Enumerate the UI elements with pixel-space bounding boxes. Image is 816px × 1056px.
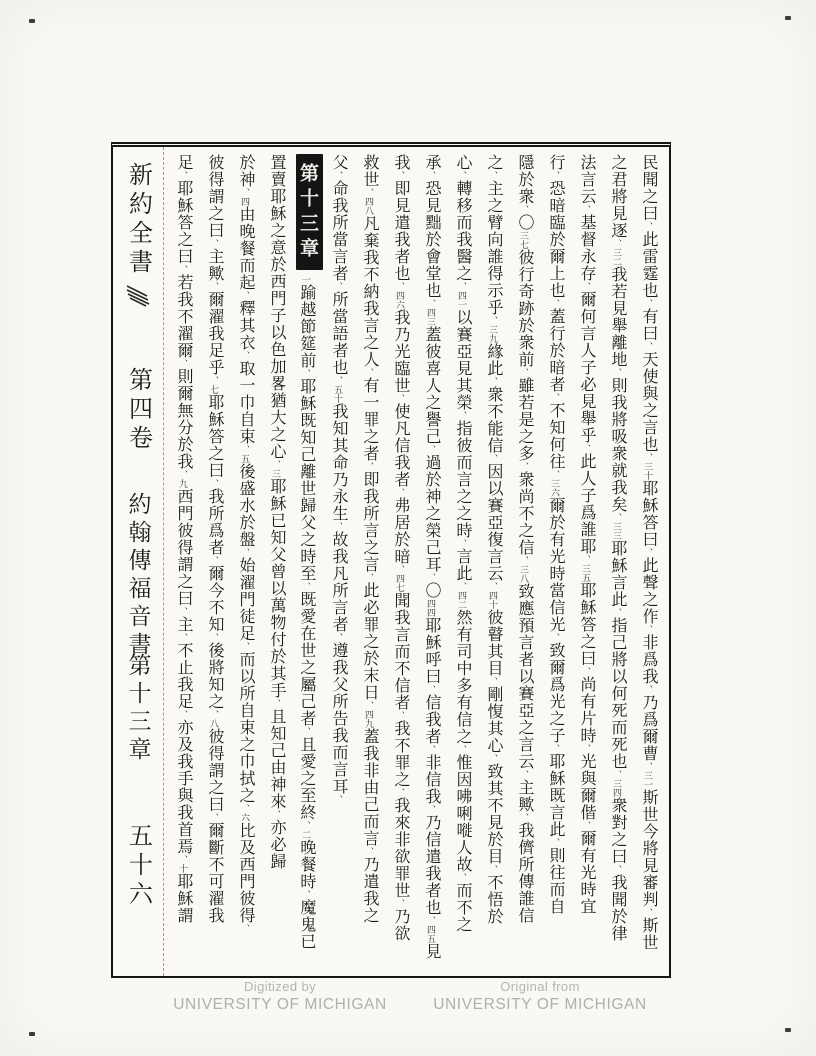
verse-number: 九 (178, 479, 188, 488)
punctuation-mark: 、 (178, 855, 188, 864)
text-column: 彼得謂之曰、主歟、爾濯我足乎、七耶穌答之曰、我所爲者、爾今不知、後將知之、八彼得… (199, 154, 230, 970)
punctuation-mark: 、 (488, 754, 498, 763)
punctuation-mark: 、 (240, 351, 250, 360)
digitized-by-watermark: Digitized by UNIVERSITY OF MICHIGAN (140, 979, 420, 1014)
punctuation-mark: 、 (240, 548, 250, 557)
punctuation-mark: 、 (209, 556, 219, 565)
punctuation-mark: 、 (488, 677, 498, 686)
punctuation-mark: 、 (209, 239, 219, 248)
verse-number: 四九 (364, 710, 374, 728)
punctuation-mark: 、 (333, 522, 343, 531)
page-number: 五十六 (121, 823, 156, 910)
punctuation-mark: 、 (488, 316, 498, 325)
punctuation-mark: 、 (426, 445, 436, 454)
verse-number: 三五 (581, 564, 591, 582)
punctuation-mark: 、 (364, 573, 374, 582)
punctuation-mark: 、 (364, 701, 374, 710)
text-column: 之、主之臂向誰得示乎、三九緣此、衆不能信、因以賽亞復言云、四十彼瞽其目、剛愎其心… (478, 154, 509, 970)
text-column: 行、恐暗臨於爾上也、蓋行於暗者、不知何往、三六爾於有光時當信光、致爾爲光之子、耶… (540, 154, 571, 970)
punctuation-mark: 、 (333, 376, 343, 385)
punctuation-mark: 、 (581, 444, 591, 453)
verse-number: 三 (271, 469, 281, 478)
scan-speck (29, 19, 35, 23)
punctuation-mark: 、 (333, 633, 343, 642)
punctuation-mark: 、 (643, 299, 653, 308)
hatch-ornament-icon (125, 283, 151, 312)
chapter-label: 第十三章 (122, 653, 155, 765)
chapter-heading-inverted: 第十三章 (296, 154, 323, 270)
watermark-institution: UNIVERSITY OF MICHIGAN (140, 996, 420, 1014)
punctuation-mark: 、 (550, 744, 560, 753)
punctuation-mark: 、 (178, 265, 188, 274)
verse-number: 二 (301, 830, 311, 839)
punctuation-mark: 、 (581, 667, 591, 676)
original-from-watermark: Original from UNIVERSITY OF MICHIGAN (400, 979, 680, 1014)
punctuation-mark: 、 (519, 205, 529, 214)
punctuation-mark: 、 (301, 369, 311, 378)
punctuation-mark: 、 (426, 805, 436, 814)
punctuation-mark: 、 (271, 810, 281, 819)
punctuation-mark: 、 (209, 479, 219, 488)
punctuation-mark: 、 (426, 685, 436, 694)
scripture-columns: 民聞之曰、此雷霆也、有曰、天使與之言也、三十耶穌答曰、此聲之作、非爲我、乃爲爾曹… (168, 154, 664, 970)
punctuation-mark: 、 (550, 838, 560, 847)
punctuation-mark: 、 (612, 865, 622, 874)
verse-number: 四十 (488, 591, 498, 609)
punctuation-mark: 、 (395, 899, 405, 908)
punctuation-mark: 、 (612, 770, 622, 779)
punctuation-mark: 、 (550, 171, 560, 180)
verse-number: 一 (301, 275, 311, 284)
text-column: 足、耶穌答之曰、若我不濯爾、則爾無分於我、九西門彼得謂之曰、主、不止我足、亦及我… (168, 154, 199, 970)
verse-number: 三一 (643, 771, 653, 789)
punctuation-mark: 、 (333, 795, 343, 804)
verse-number: 四八 (364, 197, 374, 215)
punctuation-mark: 、 (178, 633, 188, 642)
punctuation-mark: 、 (426, 573, 436, 582)
text-column: 承、恐見黜於會堂也、四三蓋彼喜人之譽己、過於神之榮己耳、〇四四耶穌呼曰、信我者、… (416, 154, 447, 970)
punctuation-mark: 、 (612, 239, 622, 248)
punctuation-mark: 、 (581, 205, 591, 214)
verse-number: 四七 (395, 574, 405, 592)
gospel-title: 約翰傳福音書 (122, 492, 155, 660)
punctuation-mark: 、 (395, 171, 405, 180)
punctuation-mark: 、 (457, 539, 467, 548)
punctuation-mark: 、 (240, 924, 250, 933)
punctuation-mark: 、 (581, 282, 591, 291)
punctuation-mark: 、 (178, 607, 188, 616)
verse-number: 四 (240, 197, 250, 206)
punctuation-mark: 、 (395, 488, 405, 497)
text-column: 隱於衆、〇三七彼行奇跡於衆前、雖若是之多、衆尚不之信、三八致應預言者以賽亞之言云… (509, 154, 540, 970)
punctuation-mark: 、 (364, 462, 374, 471)
punctuation-mark: 、 (333, 282, 343, 291)
text-column: 於神、四由晚餐而起、釋其衣、取一巾自束、五後盛水於盤、始濯門徒足、而以所自束之巾… (230, 154, 261, 970)
verse-number: 三四 (612, 779, 622, 797)
punctuation-mark: 、 (178, 359, 188, 368)
punctuation-mark: 、 (301, 727, 311, 736)
text-column: 法言云、基督永存、爾何言人子必見舉乎、此人子爲誰耶、三五耶穌答之曰、尚有片時、光… (571, 154, 602, 970)
punctuation-mark: 、 (519, 368, 529, 377)
punctuation-mark: 、 (488, 454, 498, 463)
verse-number: 三二 (612, 248, 622, 266)
verse-number: 三三 (612, 522, 622, 540)
text-column: 置賣耶穌之意於西門子以色加畧猶大之心、三耶穌已知父曾以萬物付於其手、且知己由神來… (261, 154, 292, 970)
punctuation-mark: 、 (550, 299, 560, 308)
watermark-line: Digitized by (140, 979, 420, 994)
punctuation-mark: 、 (643, 222, 653, 231)
punctuation-mark: 、 (457, 873, 467, 882)
verse-number: 五十 (333, 385, 343, 403)
punctuation-mark: 、 (209, 376, 219, 385)
punctuation-mark: 、 (643, 762, 653, 771)
punctuation-mark: 、 (643, 453, 653, 462)
punctuation-mark: 、 (488, 171, 498, 180)
punctuation-mark: 、 (457, 582, 467, 591)
punctuation-mark: 、 (581, 555, 591, 564)
punctuation-mark: 、 (426, 171, 436, 180)
verse-number: 七 (209, 385, 219, 394)
punctuation-mark: 、 (178, 710, 188, 719)
text-column: 救世、四八凡棄我不納我言之人、有一罪之者、即我所言之言、此必罪之於末日、四九蓋我… (354, 154, 385, 970)
punctuation-mark: 、 (519, 770, 529, 779)
punctuation-mark: 、 (488, 582, 498, 591)
punctuation-mark: 、 (612, 368, 622, 377)
punctuation-mark: 、 (209, 710, 219, 719)
punctuation-mark: 、 (301, 582, 311, 591)
verse-number: 四一 (457, 291, 467, 309)
punctuation-mark: 、 (457, 745, 467, 754)
punctuation-mark: 、 (550, 633, 560, 642)
punctuation-mark: 、 (550, 393, 560, 402)
punctuation-mark: 、 (581, 821, 591, 830)
watermark-line: Original from (400, 979, 680, 994)
punctuation-mark: 、 (209, 282, 219, 291)
book-title: 新約全書 (121, 162, 156, 278)
punctuation-mark: 、 (395, 282, 405, 291)
verse-number: 三十 (643, 462, 653, 480)
verse-number: 三六 (550, 479, 560, 497)
verse-number: 八 (209, 719, 219, 728)
punctuation-mark: 、 (395, 565, 405, 574)
punctuation-mark: 、 (550, 470, 560, 479)
punctuation-mark: 、 (240, 445, 250, 454)
scanned-page: 新約全書 第四卷 約翰傳福音書 第十三章 五十六 民聞之曰、此雷霆也、有曰、天使… (0, 0, 816, 1056)
verse-number: 六 (240, 813, 250, 822)
verse-number: 五 (240, 454, 250, 463)
punctuation-mark: 、 (488, 377, 498, 386)
text-column: 心、轉移而我醫之、四一以賽亞見其榮、指彼而言之之時、言此、四二然有司中多有信之、… (447, 154, 478, 970)
scan-speck (785, 16, 791, 20)
punctuation-mark: 、 (643, 908, 653, 917)
punctuation-mark: 、 (364, 188, 374, 197)
punctuation-mark: 、 (612, 608, 622, 617)
punctuation-mark: 、 (426, 745, 436, 754)
verse-number: 四二 (457, 591, 467, 609)
punctuation-mark: 、 (643, 548, 653, 557)
punctuation-mark: 、 (519, 813, 529, 822)
punctuation-mark: 、 (240, 188, 250, 197)
punctuation-mark: 、 (271, 699, 281, 708)
punctuation-mark: 、 (426, 299, 436, 308)
punctuation-mark: 、 (240, 804, 250, 813)
punctuation-mark: 、 (643, 685, 653, 694)
punctuation-mark: 、 (426, 916, 436, 925)
punctuation-mark: 、 (457, 411, 467, 420)
punctuation-mark: 、 (488, 865, 498, 874)
punctuation-mark: 、 (581, 744, 591, 753)
punctuation-mark: 、 (178, 470, 188, 479)
verse-number: 四三 (426, 308, 436, 326)
text-column: 我、即見遣我者也、四六我乃光臨世、使凡信我者、弗居於暗、四七聞我言而不信者、我不… (385, 154, 416, 970)
verse-number: 十 (178, 864, 188, 873)
verse-number: 四四 (426, 599, 436, 617)
punctuation-mark: 、 (519, 462, 529, 471)
punctuation-mark: 、 (643, 342, 653, 351)
punctuation-mark: 、 (333, 171, 343, 180)
punctuation-mark: 、 (395, 788, 405, 797)
punctuation-mark: 、 (457, 171, 467, 180)
scan-speck (29, 1032, 35, 1036)
verse-number: 四六 (395, 291, 405, 309)
punctuation-mark: 、 (395, 711, 405, 720)
punctuation-mark: 、 (301, 821, 311, 830)
punctuation-mark: 、 (240, 291, 250, 300)
verse-number: 三七 (519, 231, 529, 249)
punctuation-mark: 、 (301, 890, 311, 899)
punctuation-mark: 、 (457, 282, 467, 291)
text-column: 之君將見逐、三二我若見舉離地、則我將吸衆就我矣、三三耶穌言此、指己將以何死而死也… (602, 154, 633, 970)
text-column: 民聞之曰、此雷霆也、有曰、天使與之言也、三十耶穌答曰、此聲之作、非爲我、乃爲爾曹… (633, 154, 664, 970)
punctuation-mark: 、 (519, 556, 529, 565)
punctuation-mark: 、 (240, 642, 250, 651)
punctuation-mark: 、 (209, 633, 219, 642)
punctuation-mark: 、 (643, 625, 653, 634)
punctuation-mark: 、 (209, 813, 219, 822)
scan-speck (785, 1028, 791, 1032)
punctuation-mark: 、 (178, 171, 188, 180)
verse-number: 三九 (488, 325, 498, 343)
text-column: 父、命我所當言者、所當語者也、五十我知其命乃永生、故我凡所言者、遵我父所告我而言… (323, 154, 354, 970)
page-frame: 新約全書 第四卷 約翰傳福音書 第十三章 五十六 民聞之曰、此雷霆也、有曰、天使… (111, 142, 671, 978)
volume-label: 第四卷 (121, 367, 156, 454)
verse-number: 三八 (519, 565, 529, 583)
margin-column: 新約全書 第四卷 約翰傳福音書 第十三章 五十六 (113, 147, 164, 976)
punctuation-mark: 、 (395, 394, 405, 403)
punctuation-mark: 、 (271, 460, 281, 469)
punctuation-mark: 、 (612, 513, 622, 522)
verse-number: 四五 (426, 925, 436, 943)
punctuation-mark: 、 (364, 368, 374, 377)
text-column: 第十三章一踰越節筵前、耶穌既知己離世歸父之時至、既愛在世之屬己者、且愛之至終、二… (292, 154, 323, 970)
watermark-institution: UNIVERSITY OF MICHIGAN (400, 996, 680, 1014)
punctuation-mark: 、 (364, 847, 374, 856)
